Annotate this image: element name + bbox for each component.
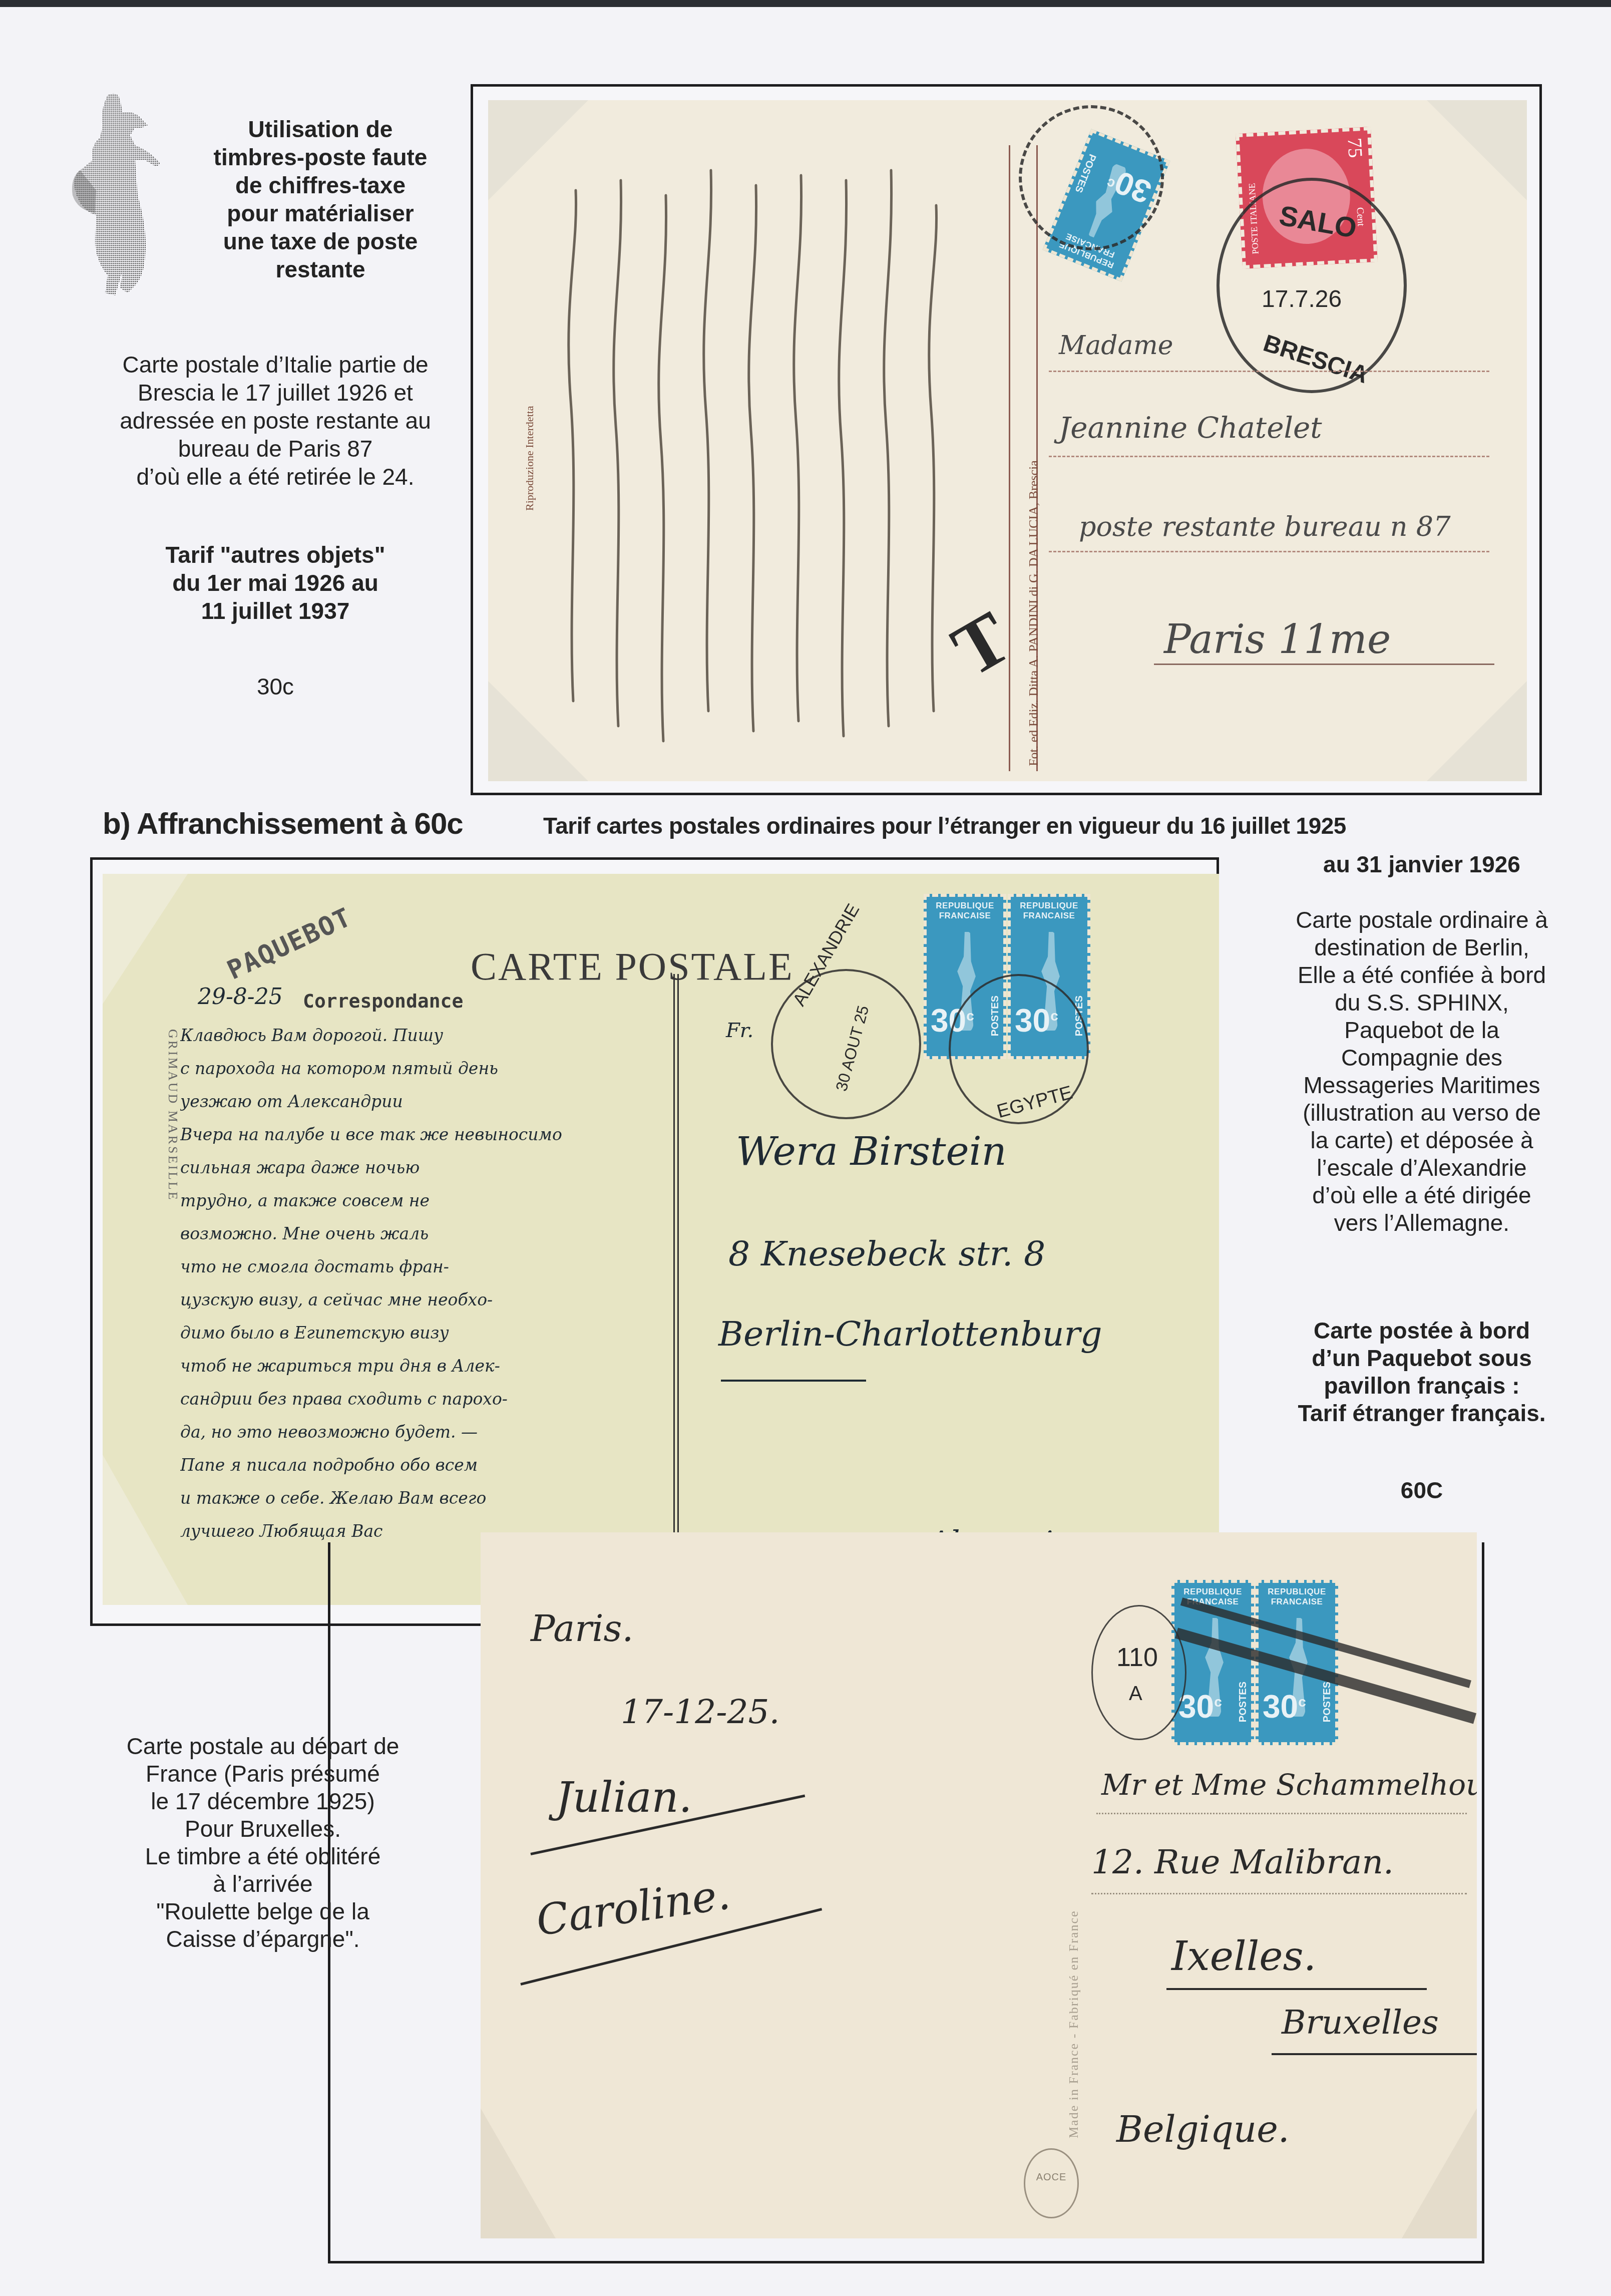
address-line: 8 Knesebeck str. 8: [728, 1234, 1045, 1274]
message-line: Клавдюсь Вам дорогой. Пишу: [180, 1019, 671, 1052]
description-line: Le timbre a été oblitéré: [75, 1843, 451, 1870]
section-a-title: Utilisation de timbres-poste faute de ch…: [180, 115, 461, 283]
address-line: Bruxelles: [1282, 2003, 1439, 2042]
stamp-value: 30c: [1263, 1688, 1306, 1725]
address-line: Ixelles.: [1171, 1933, 1316, 1980]
stamp-value: 75: [1343, 137, 1367, 158]
section-b-note: Carte postée à bord d’un Paquebot sous p…: [1242, 1317, 1602, 1427]
description-line: l’escale d’Alexandrie: [1242, 1154, 1602, 1182]
correspondance-label: Correspondance: [303, 990, 463, 1012]
dotted-rule: [1091, 1893, 1467, 1894]
message-line: трудно, а также совсем не: [180, 1184, 671, 1217]
message-line: что не смогла достать фран-: [180, 1250, 671, 1283]
corner-mount: [103, 874, 188, 1004]
section-c-description: Carte postale au départ de France (Paris…: [75, 1733, 451, 1953]
logo-text: AOCE: [1025, 2172, 1077, 2183]
description-line: Paquebot de la: [1242, 1017, 1602, 1044]
corner-mount: [103, 1455, 188, 1605]
address-line: poste restante bureau n 87: [1079, 511, 1451, 542]
address-line: Belgique.: [1116, 2108, 1290, 2150]
section-b-amount: 60C: [1242, 1477, 1602, 1504]
description-line: adressée en poste restante au: [75, 407, 476, 435]
tariff-line: 11 juillet 1937: [75, 597, 476, 625]
message-line: возможно. Мне очень жаль: [180, 1217, 671, 1250]
description-line: Carte postale d’Italie partie de: [75, 351, 476, 379]
address-line: Wera Birstein: [736, 1129, 1007, 1174]
address-line: Paris 11me: [1164, 616, 1391, 663]
tariff-line: du 1er mai 1926 au: [75, 569, 476, 597]
mark-top: 110: [1116, 1643, 1158, 1673]
message-line: Paris.: [531, 1607, 633, 1650]
section-a-description: Carte postale d’Italie partie de Brescia…: [75, 351, 476, 491]
message-line: 17-12-25.: [621, 1693, 780, 1731]
dotted-rule: [1049, 456, 1489, 457]
note-line: Tarif étranger français.: [1242, 1400, 1602, 1427]
mark-bottom: A: [1129, 1683, 1142, 1705]
message-line: уезжаю от Александрии: [180, 1085, 671, 1118]
paris-cancel: [1019, 105, 1164, 250]
address-line: Berlin-Charlottenburg: [718, 1315, 1102, 1354]
dotted-rule: [1154, 664, 1494, 665]
corner-mount: [1402, 2108, 1477, 2238]
publisher-logo: AOCE: [1024, 2148, 1079, 2218]
note-line: d’un Paquebot sous: [1242, 1345, 1602, 1372]
corner-mount: [1427, 100, 1527, 200]
dotted-rule: [1096, 1813, 1467, 1814]
address-line: Mr et Mme Schammelhout: [1101, 1768, 1477, 1802]
note-line: Carte postée à bord: [1242, 1317, 1602, 1345]
description-line: Compagnie des: [1242, 1044, 1602, 1072]
section-b-subheading: Tarif cartes postales ordinaires pour l’…: [543, 812, 1346, 839]
dotted-rule: [1049, 371, 1489, 372]
title-line: restante: [180, 255, 461, 283]
description-line: à l’arrivée: [75, 1870, 451, 1898]
message-line: Вчера на палубе и все так же невыносимо: [180, 1118, 671, 1151]
handwritten-message: Клавдюсь Вам дорогой. Пишу с парохода на…: [180, 1019, 671, 1548]
description-line: du S.S. SPHINX,: [1242, 989, 1602, 1017]
section-a-amount: 30c: [75, 674, 476, 700]
message-line: чтоб не жариться три дня в Алек-: [180, 1350, 671, 1383]
divider-line: [673, 974, 675, 1600]
description-line: (illustration au verso de: [1242, 1099, 1602, 1127]
underline: [721, 1380, 866, 1382]
printed-vertical: Made in France - Fabriqué en France: [1066, 1910, 1081, 2138]
title-line: timbres-poste faute: [180, 143, 461, 171]
description-line: Elle a été confiée à bord: [1242, 961, 1602, 989]
address-line: Madame: [1059, 331, 1173, 361]
address-line: 12. Rue Malibran.: [1091, 1843, 1394, 1881]
printer-caption: Fot. ed Ediz. Ditta A. PANDINI di G. DA …: [1026, 460, 1041, 766]
stamp-label: POSTES: [1238, 1682, 1249, 1722]
description-line: Caisse d’épargne".: [75, 1925, 451, 1953]
message-line: димо было в Египетскую визу: [180, 1317, 671, 1350]
message-line: Caroline.: [533, 1869, 733, 1945]
corner-mount: [481, 2108, 556, 2238]
title-line: Utilisation de: [180, 115, 461, 143]
printer-vertical: GRIMAUD MARSEILLE: [165, 1029, 180, 1202]
postcard-bruxelles: REPUBLIQUE FRANCAISE 30c POSTES REPUBLIQ…: [481, 1532, 1477, 2238]
paquebot-mark: PAQUEBOT: [223, 902, 356, 986]
underline: [1166, 1988, 1427, 1990]
title-line: de chiffres-taxe: [180, 171, 461, 199]
description-line: le 17 décembre 1925): [75, 1788, 451, 1815]
message-line: Julian.: [556, 1773, 692, 1822]
message-line: Папе я писала подробно обо всем: [180, 1449, 671, 1482]
corner-mount: [1427, 681, 1527, 781]
message-line: и также о себе. Желаю Вам всего: [180, 1482, 671, 1515]
stamp-header: REPUBLIQUE FRANCAISE: [1259, 1587, 1335, 1607]
scan-top-edge: [0, 0, 1611, 7]
address-prefix: Fr.: [726, 1019, 753, 1042]
underline: [1272, 2053, 1477, 2055]
description-line: la carte) et déposée à: [1242, 1127, 1602, 1154]
dotted-rule: [1049, 551, 1489, 552]
description-line: Messageries Maritimes: [1242, 1072, 1602, 1099]
sower-illustration: [60, 90, 170, 300]
small-oval-mark: [1091, 1605, 1186, 1740]
stamp-header: REPUBLIQUE FRANCAISE: [1011, 901, 1087, 921]
description-line: Carte postale ordinaire à: [1242, 906, 1602, 934]
stamp-label: POSTES: [1322, 1682, 1333, 1722]
tariff-line: Tarif "autres objets": [75, 541, 476, 569]
description-line: Pour Bruxelles.: [75, 1815, 451, 1843]
description-line: vers l’Allemagne.: [1242, 1209, 1602, 1237]
vertical-caption-left: Riproduzione Interdetta: [523, 406, 536, 511]
description-line: Brescia le 17 juillet 1926 et: [75, 379, 476, 407]
section-a-tariff: Tarif "autres objets" du 1er mai 1926 au…: [75, 541, 476, 625]
title-line: une taxe de poste: [180, 227, 461, 255]
title-line: pour matérialiser: [180, 199, 461, 227]
description-line: France (Paris présumé: [75, 1760, 451, 1788]
postcard-italy: Riproduzione Interdetta Fot. ed Ediz. Di…: [488, 100, 1527, 781]
description-line: Carte postale au départ de: [75, 1733, 451, 1760]
note-line: pavillon français :: [1242, 1372, 1602, 1400]
section-b-subheading-cont: au 31 janvier 1926: [1242, 851, 1602, 878]
section-b-heading: b) Affranchissement à 60c: [103, 806, 463, 841]
description-line: "Roulette belge de la: [75, 1898, 451, 1925]
stamp-value: 30c: [1178, 1688, 1222, 1725]
message-line: с парохода на котором пятый день: [180, 1052, 671, 1085]
address-line: Jeannine Chatelet: [1059, 411, 1322, 445]
section-b-description: Carte postale ordinaire à destination de…: [1242, 906, 1602, 1237]
message-line: сандрии без права сходить с парохо-: [180, 1383, 671, 1416]
message-line: сильная жара даже ночью: [180, 1151, 671, 1184]
postmark-date: 17.7.26: [1262, 285, 1342, 313]
divider-line: [677, 974, 679, 1600]
description-line: d’où elle a été dirigée: [1242, 1182, 1602, 1209]
message-date: 29-8-25: [198, 984, 283, 1010]
message-line: цузскую визу, а сейчас мне необхо-: [180, 1283, 671, 1317]
printed-title: CARTE POSTALE: [471, 944, 794, 989]
description-line: destination de Berlin,: [1242, 934, 1602, 961]
stamp-header: REPUBLIQUE FRANCAISE: [927, 901, 1003, 921]
description-line: bureau de Paris 87: [75, 435, 476, 463]
postcard-paquebot: PAQUEBOT CARTE POSTALE Correspondance GR…: [103, 874, 1219, 1605]
handwriting-strokes: [548, 150, 989, 751]
message-line: да, но это невозможно будет. —: [180, 1416, 671, 1449]
description-line: d’où elle a été retirée le 24.: [75, 463, 476, 491]
handwritten-message: [548, 150, 989, 751]
